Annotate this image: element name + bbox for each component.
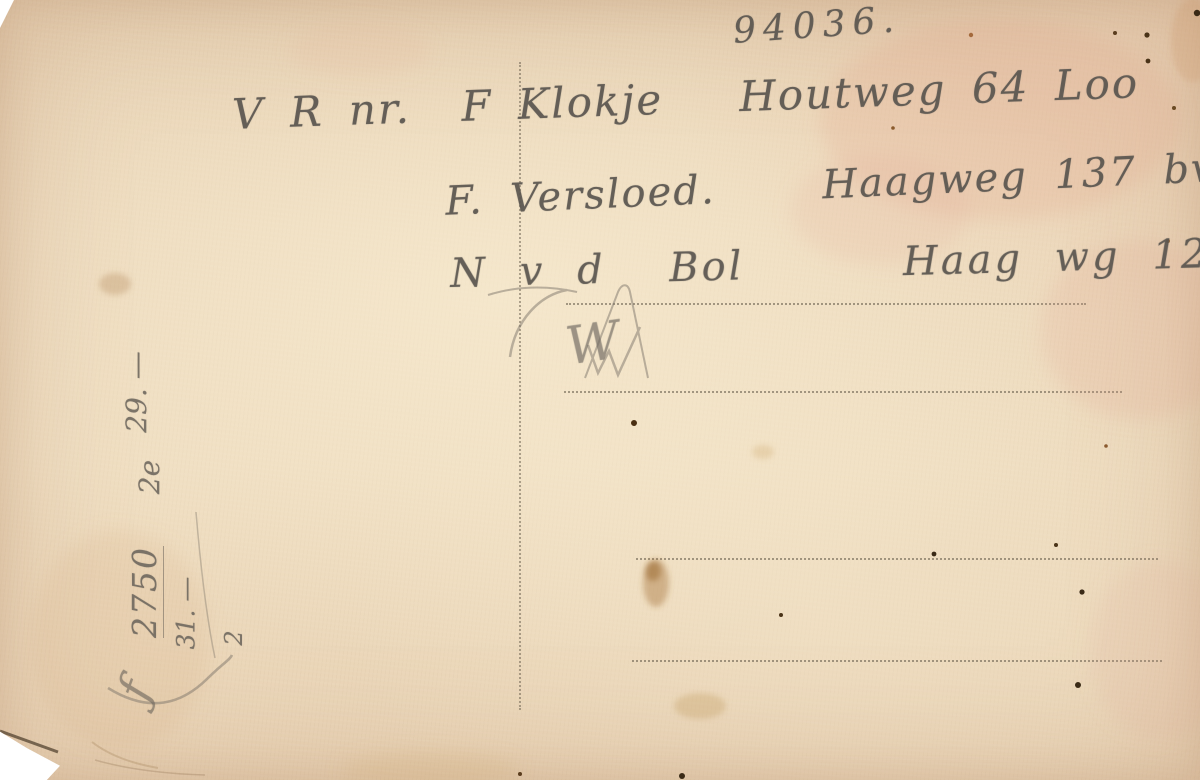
address-line-3 bbox=[636, 558, 1158, 560]
margin-note-2: 2 bbox=[222, 630, 246, 645]
margin-note-2e: 2e bbox=[136, 460, 164, 494]
address-line-1 bbox=[566, 303, 1086, 305]
postcard-scan: 94036. V R nr. F Klokje Houtweg 64 Loo F… bbox=[0, 0, 1200, 780]
margin-note-29: 29. — bbox=[123, 351, 151, 432]
address-line-4 bbox=[632, 660, 1162, 662]
pencil-scribble-w: W bbox=[563, 315, 623, 374]
margin-note-31: 31. — bbox=[174, 577, 199, 650]
divider-line bbox=[519, 62, 521, 710]
margin-note-2750: 2750 bbox=[128, 546, 164, 638]
address-line-2 bbox=[564, 391, 1122, 393]
